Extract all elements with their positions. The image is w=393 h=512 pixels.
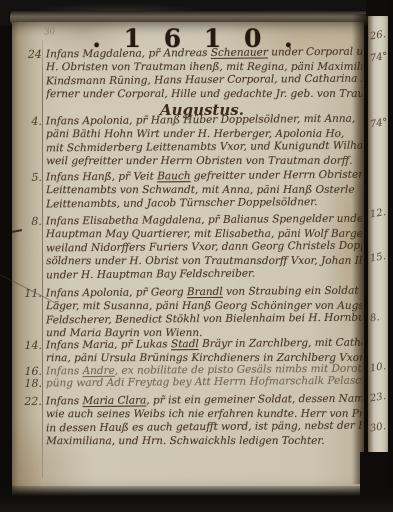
line-text: H. Obristen von Trautman ihenß, mit Regi… (46, 60, 362, 72)
entry-lines: Infans Magdalena, pr̃ Andreas Schenauer … (46, 46, 362, 102)
underlined-name: Brandl (187, 286, 223, 298)
line-text: und Maria Bayrin von Wienn. (46, 327, 202, 339)
entry-line: Kindsmann Rüning, Hans Hauser Corporal, … (46, 73, 362, 89)
entry-lines: Infans Elisabetha Magdalena, pr̃ Balianu… (46, 213, 362, 282)
entry-line: Feldscherer, Benedict Stökhl von Bielenh… (46, 312, 362, 328)
margin-dash-mark (12, 229, 22, 233)
entry-lines: Infans Apolonia, pr̃ Georg Brandl von St… (46, 285, 362, 341)
entry-day: 14. (16, 339, 42, 352)
line-text: Infans (46, 395, 83, 407)
entry-line: Leittenambts, und Jacob Türnscher Doppel… (46, 196, 362, 212)
line-text: Feldscherer, Benedict Stökhl von Bielenh… (46, 311, 362, 326)
line-text: püng ward Adi Freytag bey Att Herrn Hofm… (46, 375, 362, 389)
facing-page-edge: 26. 74° 74°. 12. 15. 8. 10. 23. 30. (368, 14, 390, 458)
line-text: Infans Elisabetha Magdalena, pr̃ Balianu… (46, 213, 362, 227)
entry-line: weiland Nidorffers Furiers Vxor, dann Ge… (46, 240, 362, 256)
scan-black-border-bottom (0, 486, 393, 512)
entry-lines: Infans Apolonia, pr̃ Hanß Hüber Doppelsö… (46, 113, 362, 169)
line-text: Bräyr in Zarchlberg, mit Catha- (199, 337, 362, 350)
line-text: von Straubing ein Soldat im (223, 285, 362, 298)
entry-day: 24 (16, 48, 42, 61)
line-text: Infans (46, 365, 83, 377)
line-text: , pr̃ ist ein gemeiner Soldat, dessen Na… (146, 393, 362, 406)
entry-day: 18. (16, 377, 42, 390)
line-text: Infans Hanß, pr̃ Veit (46, 170, 157, 183)
line-text: gefreitter under Herrn Obristen (191, 169, 363, 182)
entry-line: Infans Elisabetha Magdalena, pr̃ Balianu… (46, 213, 362, 229)
line-text: wie auch seines Weibs ich nie erfahren k… (46, 407, 362, 419)
line-text: in dessen Hauß es auch getaufft word, is… (46, 419, 362, 434)
entry-line: Infans Apolonia, pr̃ Hanß Hüber Doppelsö… (46, 113, 362, 129)
line-text: Infans Apolonia, pr̃ Hanß Hüber Doppelsö… (46, 113, 355, 127)
line-text: weil gefreitter under Herrn Obristen von… (46, 154, 352, 166)
entry-lines: püng ward Adi Freytag bey Att Herrn Hofm… (46, 375, 362, 390)
underlined-name: Bauch (157, 170, 190, 182)
entry-day: 4. (16, 115, 42, 128)
underlined-name: Schenauer (211, 46, 268, 58)
register-entry-aug8: 8.Infans Elisabetha Magdalena, pr̃ Balia… (46, 213, 364, 282)
line-text: Kindsmann Rüning, Hans Hauser Corporal, … (46, 72, 362, 87)
entry-day: 22. (16, 395, 42, 408)
line-text: Leittenambts von Schwandt, mit Anna, pän… (46, 183, 355, 195)
line-text: ferner under Corporal, Hille und gedacht… (46, 87, 362, 99)
entry-lines: Infans Maria Clara, pr̃ ist ein gemeiner… (46, 393, 362, 449)
scan-black-border-right (388, 0, 393, 512)
entry-line: in dessen Hauß es auch getaufft word, is… (46, 420, 362, 436)
line-text: Leittenambts, und Jacob Türnscher Doppel… (46, 196, 317, 210)
register-entry-aug18: 18.püng ward Adi Freytag bey Att Herrn H… (46, 375, 364, 390)
underlined-name: Maria Clara (82, 395, 146, 408)
entry-lines: Infans Hanß, pr̃ Veit Bauch gefreitter u… (46, 169, 362, 211)
entry-line: Infans Maria, pr̃ Lukas Stadl Bräyr in Z… (46, 337, 362, 353)
line-text: Läger, mit Susanna, päni Hanß Georg Schö… (46, 299, 362, 311)
entry-line: Infans Maria Clara, pr̃ ist ein gemeiner… (46, 393, 362, 409)
entry-line: ferner under Corporal, Hille und gedacht… (46, 87, 362, 101)
entry-lines: Infans Maria, pr̃ Lukas Stadl Bräyr in Z… (46, 337, 362, 366)
line-text: Infans Maria, pr̃ Lukas (46, 338, 171, 351)
entry-line: püng ward Adi Freytag bey Att Herrn Hofm… (46, 375, 362, 390)
register-entry-aug11: 11.Infans Apolonia, pr̃ Georg Brandl von… (46, 285, 364, 341)
entry-line: weil gefreitter under Herrn Obristen von… (46, 154, 362, 168)
entry-line: Maximiliana, und Hrn. Schwaickhls ledige… (46, 434, 362, 448)
line-text: weiland Nidorffers Furiers Vxor, dann Ge… (46, 239, 362, 254)
book-scan: 30 . 1 6 1 0 . Augustus. 24Infans Magdal… (0, 0, 393, 512)
entry-line: Infans Hanß, pr̃ Veit Bauch gefreitter u… (46, 169, 362, 185)
register-entry-aug4: 4.Infans Apolonia, pr̃ Hanß Hüber Doppel… (46, 113, 364, 169)
register-entry-aug14: 14.Infans Maria, pr̃ Lukas Stadl Bräyr i… (46, 337, 364, 366)
line-text: Maximiliana, und Hrn. Schwaickhls ledige… (46, 434, 325, 446)
entry-day: 8. (16, 215, 42, 228)
register-entry-aug5: 5.Infans Hanß, pr̃ Veit Bauch gefreitter… (46, 169, 364, 211)
line-text: söldners under H. Obrist von Trautmansdo… (46, 254, 362, 266)
scan-black-border-left (0, 0, 12, 512)
register-entry-aug22: 22.Infans Maria Clara, pr̃ ist ein gemei… (46, 393, 364, 449)
entry-line: mit Schmiderberg Leittenambts Vxor, und … (46, 140, 362, 156)
entry-line: Infans Magdalena, pr̃ Andreas Schenauer … (46, 46, 362, 62)
line-text: rina, päni Ursula Brünings Kirchdieners … (46, 351, 362, 363)
line-text: Infans Magdalena, pr̃ Andreas (46, 47, 211, 60)
entry-day: 5. (16, 171, 42, 184)
line-text: Infans Apolonia, pr̃ Georg (46, 286, 187, 299)
entry-line: under H. Hauptman Bay Feldschreiber. (46, 267, 362, 283)
line-text: under H. Hauptman Bay Feldschreiber. (46, 268, 255, 282)
line-text: päni Bäthi Hohn Wirt under H. Herberger,… (46, 127, 344, 139)
line-text: under Corporal under (268, 46, 362, 58)
margin-rule (42, 40, 43, 478)
underlined-name: Andre (82, 365, 114, 377)
entry-line: Infans Apolonia, pr̃ Georg Brandl von St… (46, 285, 362, 301)
manuscript-page: 30 . 1 6 1 0 . Augustus. 24Infans Magdal… (12, 22, 364, 497)
underlined-name: Stadl (171, 338, 199, 350)
line-text: mit Schmiderberg Leittenambts Vxor, und … (46, 139, 362, 154)
register-entry-jul24: 24Infans Magdalena, pr̃ Andreas Schenaue… (46, 46, 364, 102)
line-text: Hauptman May Quartierer, mit Elisabetha,… (46, 227, 362, 239)
